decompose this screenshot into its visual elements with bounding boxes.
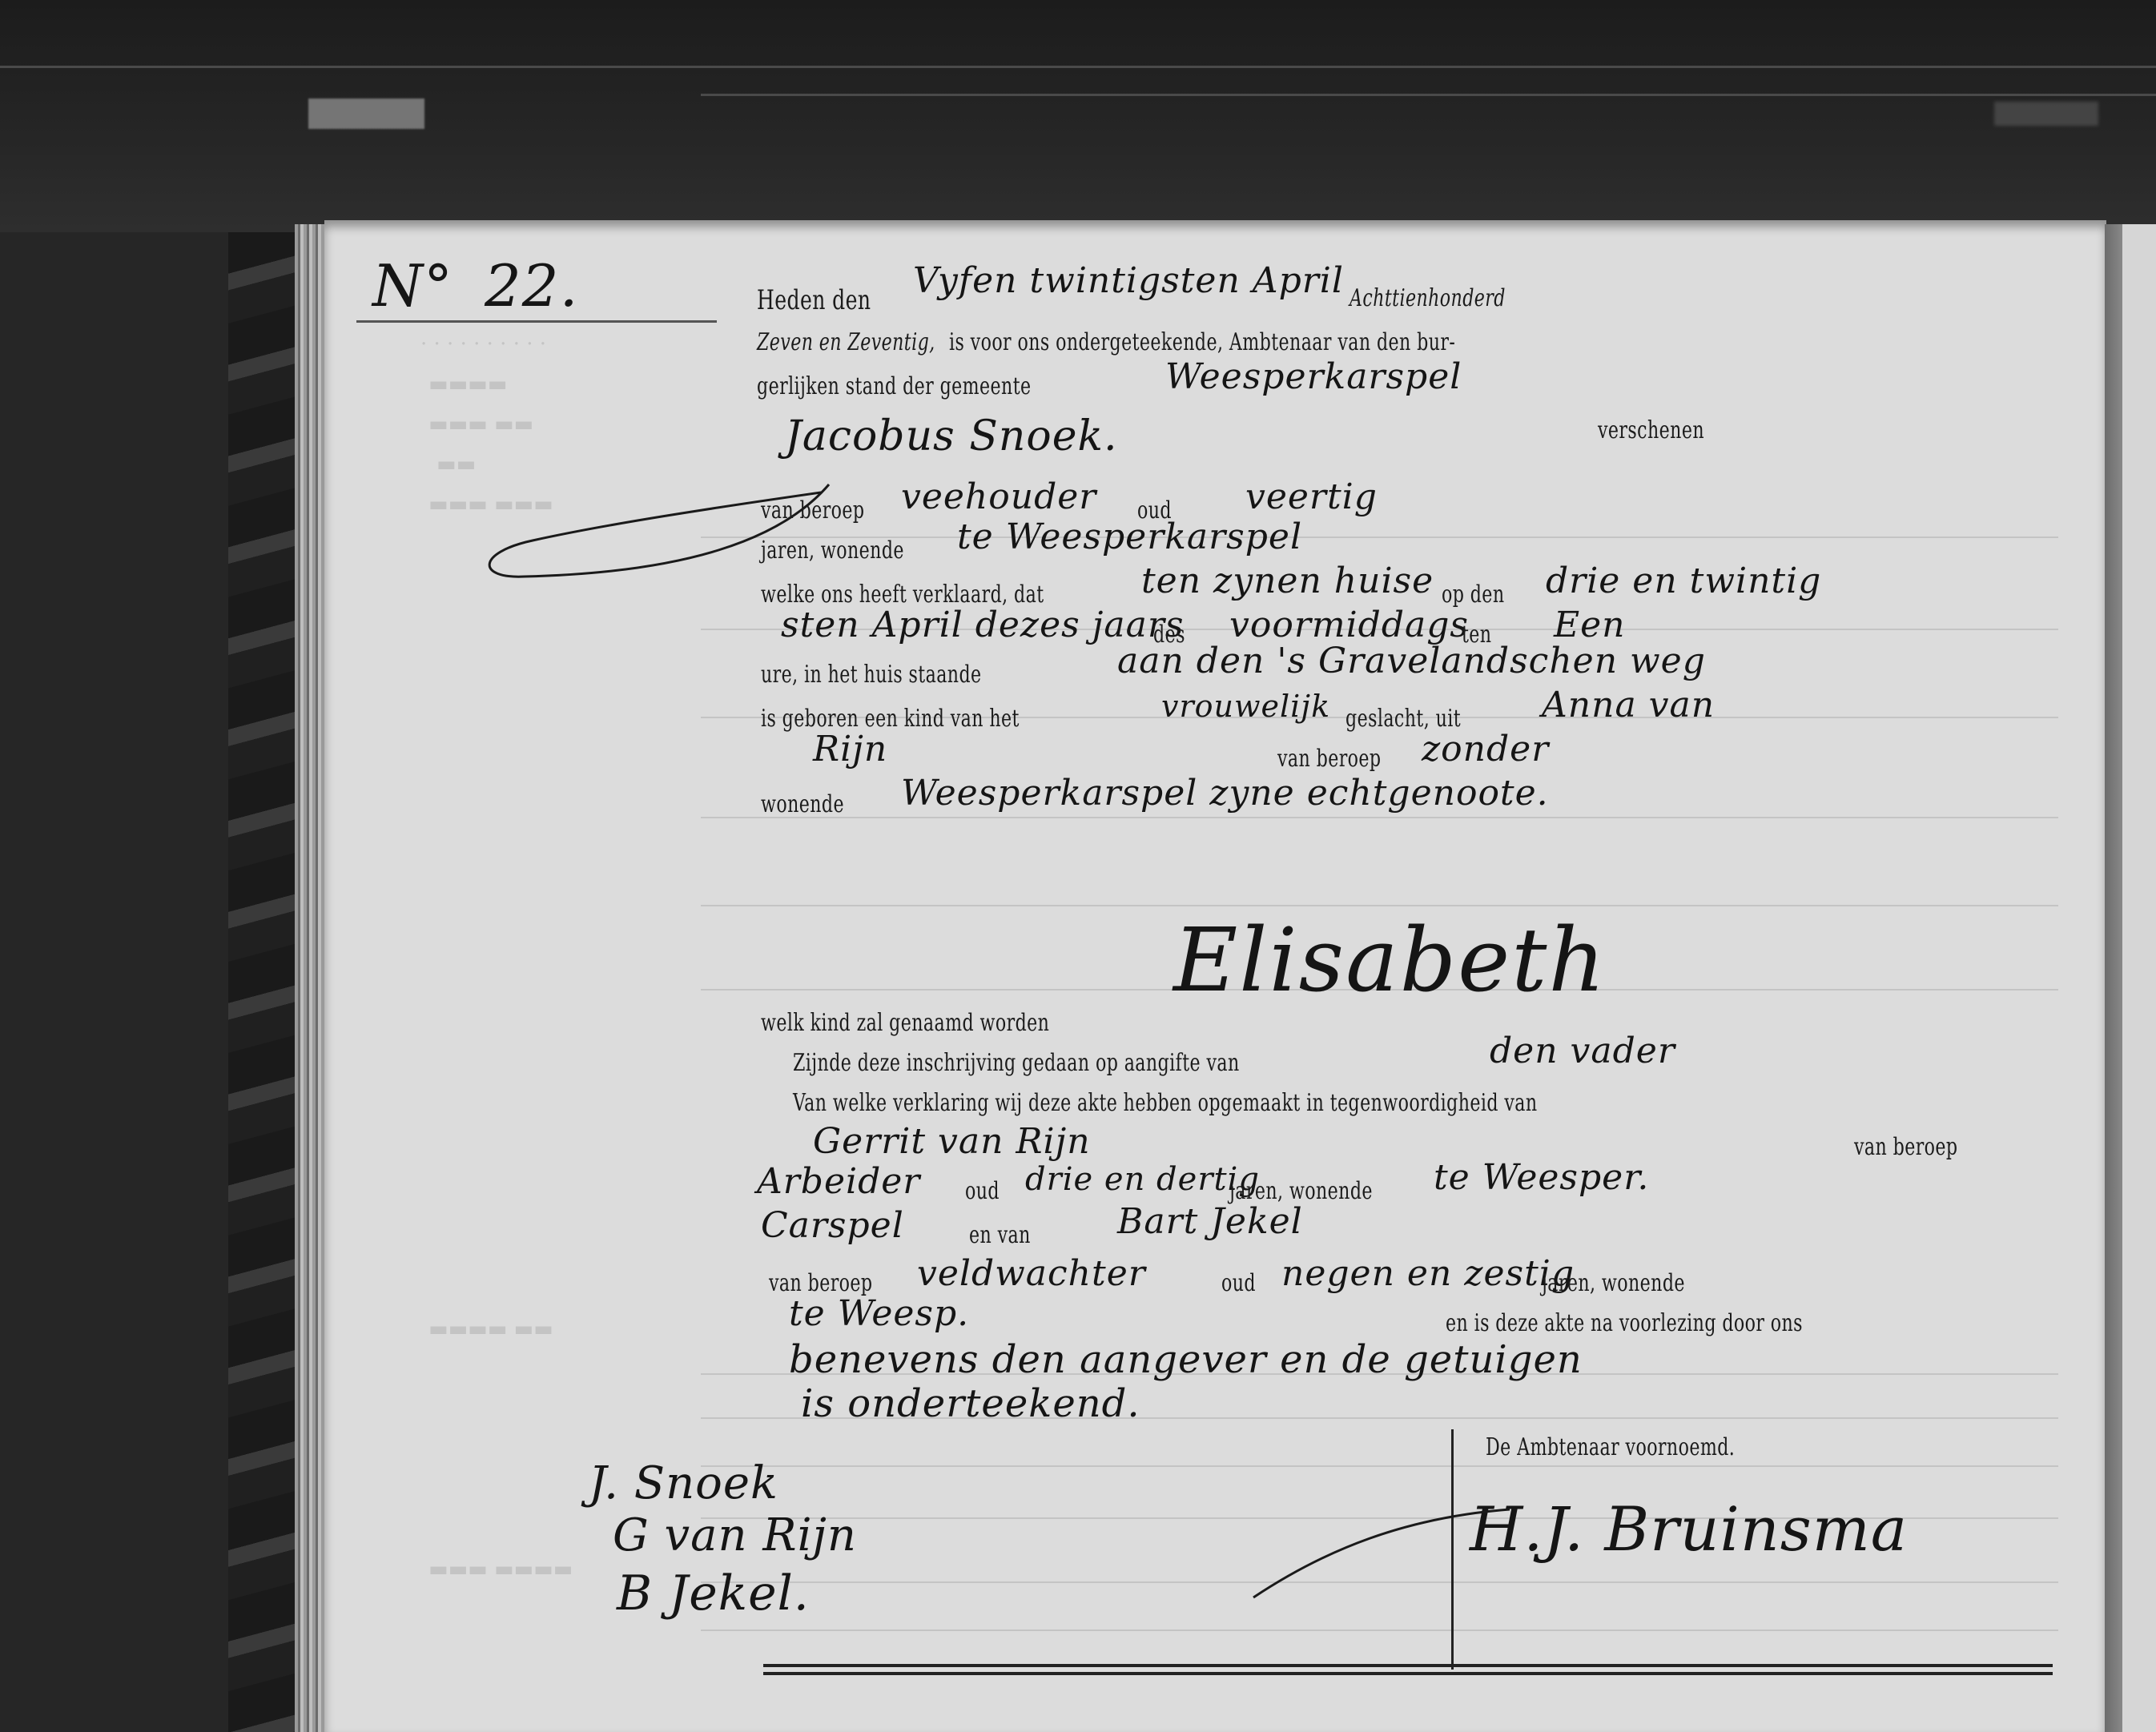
film-scratch-line <box>0 66 2156 68</box>
print-text: jaren, wonende <box>1542 1269 1685 1297</box>
bleed-through-text: ▬▬▬▬ ▬▬ <box>428 1317 553 1341</box>
handwritten-occupation: veehouder <box>901 476 1096 517</box>
microfilm-border-left <box>0 232 240 1732</box>
handwritten-hour: Een <box>1554 605 1626 645</box>
handwritten-mother-residence: Weesperkarspel zyne echtgenoote. <box>901 773 1549 814</box>
print-text: Achttienhonderd <box>1350 284 1506 312</box>
handwritten-text: ten zynen huise <box>1141 561 1434 601</box>
bleed-through-text: ▬▬▬ ▬▬▬▬ <box>428 1557 573 1581</box>
print-text: van beroep <box>1854 1133 1957 1161</box>
handwritten-mother-name: Anna van <box>1542 685 1715 725</box>
record-number-underline <box>356 320 717 323</box>
record-separator-rule <box>763 1672 2053 1675</box>
handwritten-date: Vyfen twintigsten April <box>913 260 1344 301</box>
print-text-italic: Zeven en Zeventig, <box>757 328 935 356</box>
register-page: · · · · · · · · · · ▬▬▬▬ ▬▬▬ ▬▬ ▬▬ ▬▬▬ ▬… <box>324 220 2106 1732</box>
facing-page-edge <box>2122 224 2156 1732</box>
ruled-line <box>701 536 2058 538</box>
record-number: 22. <box>485 252 579 319</box>
film-label-patch <box>1994 102 2098 126</box>
signature-witness1: G van Rijn <box>613 1509 857 1561</box>
handwritten-birth-day: drie en twintig <box>1546 561 1821 601</box>
print-text: ure, in het huis staande <box>761 661 982 689</box>
handwritten-age: veertig <box>1245 476 1378 517</box>
handwritten-birth-month: sten April dezes jaars <box>781 605 1184 645</box>
print-text: oud <box>965 1177 1000 1205</box>
handwritten-witness1-residence-cont: Carspel <box>761 1205 904 1246</box>
handwritten-text: benevens den aangever en de getuigen <box>789 1337 1583 1382</box>
record-number-label: N° <box>372 252 453 319</box>
print-text: en is deze akte na voorlezing door ons <box>1446 1309 1803 1337</box>
signature-declarant: J. Snoek <box>589 1457 778 1509</box>
print-text: welk kind zal genaamd worden <box>761 1009 1049 1037</box>
handwritten-residence: te Weesperkarspel <box>957 516 1302 557</box>
microfilm-border-top <box>0 0 2156 232</box>
handwritten-declarant-name: Jacobus Snoek. <box>785 412 1118 460</box>
print-text: jaren, wonende <box>761 536 904 565</box>
handwritten-sex: vrouwelijk <box>1161 689 1330 724</box>
print-text: oud <box>1221 1269 1256 1297</box>
ruled-line <box>701 1465 2058 1467</box>
bleed-through-text: · · · · · · · · · · <box>420 332 546 356</box>
handwritten-witness2-name: Bart Jekel <box>1117 1201 1303 1242</box>
signature-witness2: B Jekel. <box>617 1565 810 1621</box>
print-text: wonende <box>761 790 844 818</box>
handwritten-child-name: Elisabeth <box>1173 909 1607 1011</box>
print-text: en van <box>969 1221 1031 1249</box>
handwritten-witness1-age: drie en dertig <box>1025 1161 1260 1198</box>
handwritten-witness2-residence: te Weesp. <box>789 1293 969 1334</box>
handwritten-mother-surname: Rijn <box>813 729 887 770</box>
print-text: is voor ons ondergeteekende, Ambtenaar v… <box>949 328 1455 356</box>
print-text: Zijnde deze inschrijving gedaan op aangi… <box>793 1049 1240 1077</box>
handwritten-time-of-day: voormiddags <box>1229 605 1469 645</box>
print-text: verschenen <box>1598 416 1704 444</box>
signature-stroke <box>1245 1501 1526 1621</box>
print-text: gerlijken stand der gemeente <box>757 372 1032 400</box>
record-separator-rule <box>763 1664 2053 1667</box>
print-text: van beroep <box>761 496 864 524</box>
book-binding <box>228 232 296 1732</box>
handwritten-informant: den vader <box>1490 1031 1675 1071</box>
handwritten-text: is onderteekend. <box>801 1381 1140 1426</box>
ruled-line <box>701 1630 2058 1631</box>
print-text: Heden den <box>757 284 871 316</box>
print-text: Van welke verklaring wij deze akte hebbe… <box>793 1089 1538 1117</box>
handwritten-witness1-name: Gerrit van Rijn <box>813 1121 1091 1162</box>
handwritten-witness1-occupation: Arbeider <box>757 1161 920 1202</box>
bleed-through-text: ▬▬ <box>436 452 476 476</box>
ruled-line <box>701 905 2058 906</box>
ruled-line <box>701 817 2058 818</box>
print-text: is geboren een kind van het <box>761 705 1020 733</box>
decorative-flourish <box>444 476 845 589</box>
page-stack-edges <box>295 224 327 1732</box>
print-closing: De Ambtenaar voornoemd. <box>1486 1433 1735 1461</box>
handwritten-birth-location: aan den 's Gravelandschen weg <box>1117 641 1706 681</box>
handwritten-witness1-residence: te Weesper. <box>1434 1157 1649 1198</box>
handwritten-mother-occupation: zonder <box>1422 729 1549 770</box>
handwritten-witness2-occupation: veldwachter <box>917 1253 1146 1294</box>
bleed-through-text: ▬▬▬▬ <box>428 372 507 396</box>
page-gutter <box>2105 224 2122 1732</box>
film-label-patch <box>308 98 424 129</box>
handwritten-municipality: Weesperkarspel <box>1165 356 1462 397</box>
signature-official: H.J. Bruinsma <box>1470 1493 1908 1565</box>
handwritten-witness2-age: negen en zestig <box>1281 1253 1575 1294</box>
bleed-through-text: ▬▬▬ ▬▬ <box>428 412 533 436</box>
film-scratch-line <box>701 94 2156 96</box>
print-text: van beroep <box>1277 745 1381 773</box>
